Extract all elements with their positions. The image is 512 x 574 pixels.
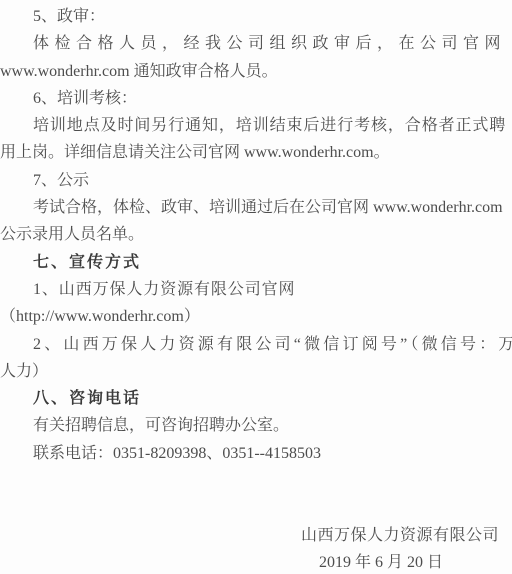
contact-phone-numbers: 联系电话：0351-8209398、0351--4158503 bbox=[0, 440, 512, 467]
publicity-item-1-url: （http://www.wonderhr.com） bbox=[0, 303, 512, 330]
paragraph-training-line-1: 培训地点及时间另行通知，培训结束后进行考核，合格者正式聘 bbox=[0, 112, 512, 139]
publicity-item-1-official-website: 1、山西万保人力资源有限公司官网 bbox=[0, 276, 512, 303]
signature-date: 2019 年 6 月 20 日 bbox=[0, 549, 512, 574]
section-7-publicity-methods-heading: 七、宣传方式 bbox=[0, 249, 512, 276]
company-signature: 山西万保人力资源有限公司 bbox=[0, 522, 512, 549]
item-7-public-notice-heading: 7、公示 bbox=[0, 167, 512, 194]
paragraph-training-line-2: 用上岗。详细信息请关注公司官网 www.wonderhr.com。 bbox=[0, 139, 512, 166]
paragraph-political-review-line-1: 体检合格人员，经我公司组织政审后，在公司官网 bbox=[0, 30, 512, 57]
blank-space bbox=[0, 467, 512, 522]
publicity-item-2-wechat-line-1: 2、山西万保人力资源有限公司“微信订阅号”（微信号：万保 bbox=[0, 331, 512, 358]
paragraph-public-notice-line-1: 考试合格，体检、政审、培训通过后在公司官网 www.wonderhr.com bbox=[0, 194, 512, 221]
item-6-training-assessment-heading: 6、培训考核： bbox=[0, 85, 512, 112]
section-8-consultation-phone-heading: 八、咨询电话 bbox=[0, 385, 512, 412]
item-5-political-review-heading: 5、政审： bbox=[0, 3, 512, 30]
publicity-item-2-wechat-line-2: 人力） bbox=[0, 358, 512, 385]
paragraph-consultation-info: 有关招聘信息，可咨询招聘办公室。 bbox=[0, 412, 512, 439]
paragraph-political-review-line-2: www.wonderhr.com 通知政审合格人员。 bbox=[0, 58, 512, 85]
paragraph-public-notice-line-2: 公示录用人员名单。 bbox=[0, 221, 512, 248]
recruitment-notice-document: 5、政审： 体检合格人员，经我公司组织政审后，在公司官网 www.wonderh… bbox=[0, 0, 512, 574]
